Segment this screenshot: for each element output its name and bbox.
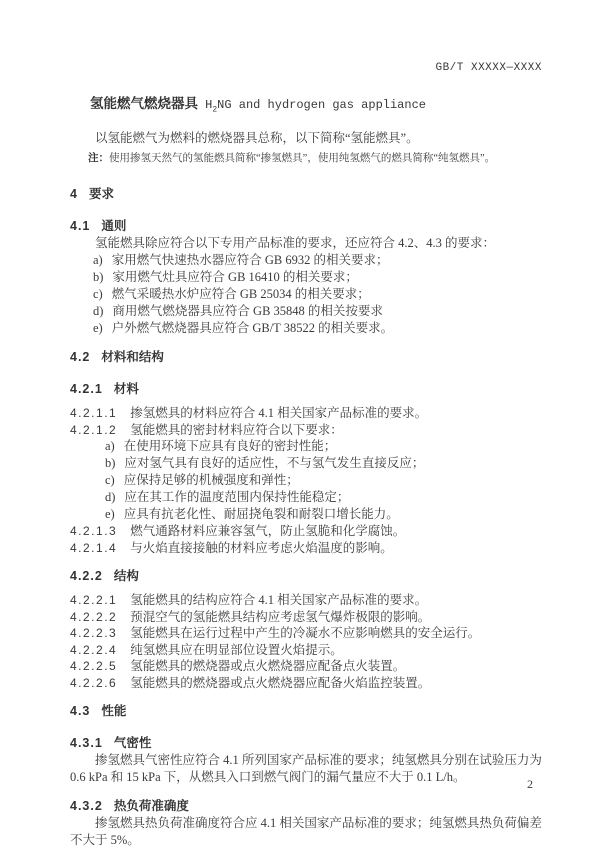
clause-text: 氢能燃具在运行过程中产生的冷凝水不应影响燃具的安全运行。 [130, 626, 480, 640]
list-item: c)应保持足够的机械强度和弹性； [105, 472, 542, 489]
list-item-text: 商用燃气燃烧器具应符合 GB 35848 的相关按要求 [112, 304, 383, 318]
clause-number: 4.2.2.2 [70, 610, 117, 624]
list-item: e)应具有抗老化性、耐屈挠龟裂和耐裂口增长能力。 [105, 506, 542, 523]
clause: 4.2.2.5氢能燃具的燃烧器或点火燃烧器应配备点火装置。 [70, 658, 542, 675]
clause-text: 氢能燃具的燃烧器或点火燃烧器应配备点火装置。 [130, 659, 405, 673]
section-4-1-list: a)家用燃气快速热水器应符合 GB 6932 的相关要求； b)家用燃气灶具应符… [70, 252, 542, 337]
list-item-text: 应具有抗老化性、耐屈挠龟裂和耐裂口增长能力。 [124, 507, 399, 521]
list-item-text: 户外燃气燃烧器具应符合 GB/T 38522 的相关要求。 [112, 321, 393, 335]
section-4-1-heading: 4.1通则 [70, 218, 542, 235]
section-4-2-1-clauses: 4.2.1.1掺氢燃具的材料应符合 4.1 相关国家产品标准的要求。 4.2.1… [70, 405, 542, 556]
definition-paragraph: 以氢能燃气为燃料的燃烧器具总称，以下简称“氢能燃具”。 [70, 130, 542, 147]
list-item-text: 应保持足够的机械强度和弹性； [124, 473, 299, 487]
clause-number: 4.2.2.1 [70, 593, 117, 607]
clause-number: 4.2.2.6 [70, 676, 117, 690]
list-item-label: b) [93, 270, 103, 284]
clause: 4.2.2.1氢能燃具的结构应符合 4.1 相关国家产品标准的要求。 [70, 592, 542, 609]
clause-text: 掺氢燃具的材料应符合 4.1 相关国家产品标准的要求。 [130, 406, 427, 420]
section-4-3-title: 性能 [101, 704, 126, 718]
clause-text: 氢能燃具的结构应符合 4.1 相关国家产品标准的要求。 [130, 593, 427, 607]
clause: 4.2.1.2氢能燃具的密封材料应符合以下要求： [70, 422, 542, 439]
section-4-1-title: 通则 [101, 219, 126, 233]
section-4-3-number: 4.3 [70, 704, 90, 718]
clause: 4.2.1.1掺氢燃具的材料应符合 4.1 相关国家产品标准的要求。 [70, 405, 542, 422]
page-number: 2 [527, 776, 533, 793]
clause-number: 4.2.2.4 [70, 643, 117, 657]
section-4-1-intro: 氢能燃具除应符合以下专用产品标准的要求，还应符合 4.2、4.3 的要求： [70, 235, 542, 252]
clause: 4.2.2.2预混空气的氢能燃具结构应考虑氢气爆炸极限的影响。 [70, 609, 542, 626]
title-english-post: NG and hydrogen gas appliance [217, 98, 426, 112]
clause-number: 4.2.1.3 [70, 524, 117, 538]
clause: 4.2.2.3氢能燃具在运行过程中产生的冷凝水不应影响燃具的安全运行。 [70, 625, 542, 642]
section-4-3-heading: 4.3性能 [70, 703, 542, 720]
clause-number: 4.2.1.2 [70, 423, 117, 437]
clause-number: 4.2.2.5 [70, 659, 117, 673]
clause: 4.2.2.4纯氢燃具应在明显部位设置火焰提示。 [70, 642, 542, 659]
section-4-2-2-number: 4.2.2 [70, 569, 103, 583]
clause-text: 燃气通路材料应兼容氢气，防止氢脆和化学腐蚀。 [130, 524, 405, 538]
list-item-label: a) [105, 439, 115, 453]
note-text: 使用掺氢天然气的氢能燃具简称“掺氢燃具”，使用纯氢燃气的燃具简称“纯氢燃具”。 [109, 153, 495, 164]
list-item: a)在使用环境下应具有良好的密封性能； [105, 438, 542, 455]
list-item-text: 家用燃气快速热水器应符合 GB 6932 的相关要求； [112, 253, 389, 267]
section-4-number: 4 [70, 187, 78, 201]
list-item: b)应对氢气具有良好的适应性，不与氢气发生直接反应； [105, 455, 542, 472]
section-4-3-2-title: 热负荷准确度 [114, 799, 189, 813]
section-4-3-1-heading: 4.3.1气密性 [70, 735, 542, 752]
list-item: e)户外燃气燃烧器具应符合 GB/T 38522 的相关要求。 [93, 320, 542, 337]
standard-number: GB/T XXXXX—XXXX [70, 60, 542, 77]
clause-text: 氢能燃具的密封材料应符合以下要求： [130, 423, 343, 437]
title-chinese: 氢能燃气燃烧器具 [90, 96, 198, 111]
clause-text: 与火焰直接接触的材料应考虑火焰温度的影响。 [130, 541, 393, 555]
section-4-1-number: 4.1 [70, 219, 90, 233]
clause-number: 4.2.1.1 [70, 406, 117, 420]
section-4-3-1-number: 4.3.1 [70, 736, 103, 750]
list-item-label: a) [93, 253, 103, 267]
clause-number: 4.2.1.4 [70, 541, 117, 555]
section-4-title: 要求 [89, 187, 114, 201]
list-item-text: 应对氢气具有良好的适应性，不与氢气发生直接反应； [124, 456, 424, 470]
clause-text: 预混空气的氢能燃具结构应考虑氢气爆炸极限的影响。 [130, 610, 430, 624]
section-4-3-2-paragraph: 掺氢燃具热负荷准确度符合应 4.1 相关国家产品标准的要求；纯氢燃具热负荷偏差不… [70, 815, 542, 848]
title-english: H2NG and hydrogen gas appliance [205, 98, 426, 112]
list-item-label: b) [105, 456, 115, 470]
section-4-2-2-title: 结构 [114, 569, 139, 583]
section-4-2-2-clauses: 4.2.2.1氢能燃具的结构应符合 4.1 相关国家产品标准的要求。 4.2.2… [70, 592, 542, 691]
section-4-3-1-paragraph: 掺氢燃具气密性应符合 4.1 所列国家产品标准的要求；纯氢燃具分别在试验压力为 … [70, 752, 542, 786]
section-4-2-1-number: 4.2.1 [70, 382, 103, 396]
section-4-2-number: 4.2 [70, 350, 90, 364]
list-item-label: e) [93, 321, 103, 335]
document-page: GB/T XXXXX—XXXX 氢能燃气燃烧器具 H2NG and hydrog… [0, 0, 600, 848]
section-4-3-1-title: 气密性 [114, 736, 152, 750]
document-title: 氢能燃气燃烧器具 H2NG and hydrogen gas appliance [90, 95, 542, 118]
list-item-text: 在使用环境下应具有良好的密封性能； [124, 439, 337, 453]
section-4-2-1-title: 材料 [114, 382, 139, 396]
clause: 4.2.2.6氢能燃具的燃烧器或点火燃烧器应配备火焰监控装置。 [70, 675, 542, 692]
section-4-3-2-heading: 4.3.2热负荷准确度 [70, 798, 542, 815]
list-item-text: 家用燃气灶具应符合 GB 16410 的相关要求； [112, 270, 358, 284]
clause: 4.2.1.4与火焰直接接触的材料应考虑火焰温度的影响。 [70, 540, 542, 557]
list-item-label: d) [93, 304, 103, 318]
section-4-3-2-number: 4.3.2 [70, 799, 103, 813]
list-item-label: c) [93, 287, 103, 301]
note-label: 注： [88, 152, 109, 164]
list-item-text: 应在其工作的温度范围内保持性能稳定； [124, 490, 349, 504]
list-item: d)商用燃气燃烧器具应符合 GB 35848 的相关按要求 [93, 303, 542, 320]
list-item-text: 燃气采暖热水炉应符合 GB 25034 的相关要求； [112, 287, 370, 301]
section-4-2-2-heading: 4.2.2结构 [70, 568, 542, 585]
list-item-label: e) [105, 507, 115, 521]
note-paragraph: 注：使用掺氢天然气的氢能燃具简称“掺氢燃具”，使用纯氢燃气的燃具简称“纯氢燃具”… [88, 151, 542, 166]
list-item-label: d) [105, 490, 115, 504]
clause-text: 纯氢燃具应在明显部位设置火焰提示。 [130, 643, 343, 657]
clause-text: 氢能燃具的燃烧器或点火燃烧器应配备火焰监控装置。 [130, 676, 430, 690]
list-item: a)家用燃气快速热水器应符合 GB 6932 的相关要求； [93, 252, 542, 269]
clause-number: 4.2.2.3 [70, 626, 117, 640]
list-item: d)应在其工作的温度范围内保持性能稳定； [105, 489, 542, 506]
list-item: b)家用燃气灶具应符合 GB 16410 的相关要求； [93, 269, 542, 286]
list-item: c)燃气采暖热水炉应符合 GB 25034 的相关要求； [93, 286, 542, 303]
clause: 4.2.1.3燃气通路材料应兼容氢气，防止氢脆和化学腐蚀。 [70, 523, 542, 540]
section-4-2-title: 材料和结构 [101, 350, 164, 364]
section-4-2-1-heading: 4.2.1材料 [70, 381, 542, 398]
section-4-heading: 4要求 [70, 186, 542, 203]
section-4-2-heading: 4.2材料和结构 [70, 349, 542, 366]
list-item-label: c) [105, 473, 115, 487]
